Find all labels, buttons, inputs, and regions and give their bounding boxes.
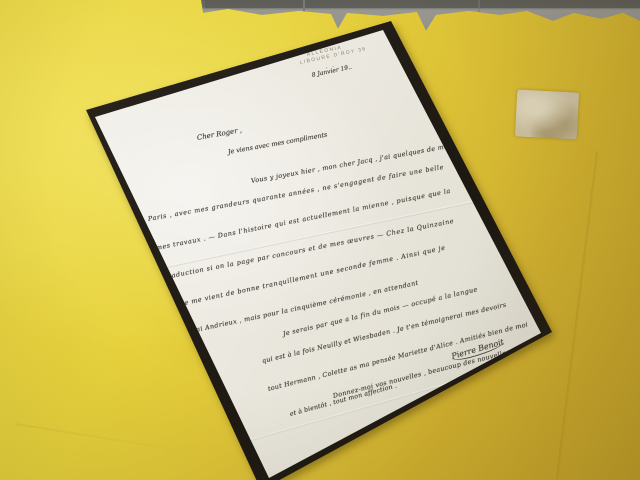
salutation-line: Cher Roger , (196, 126, 242, 142)
fold-crease (112, 194, 504, 279)
photo-scene: ALLEONIA LIBOURE D'ROY 36 * * 8 Janvier … (0, 0, 640, 480)
handwriting-line: Je viens avec mes compliments (227, 131, 328, 156)
handwriting-line: elle me vient de bonne tranquillement un… (174, 244, 446, 309)
handwriting-line: mes travaux . — Dans l'histoire qui est … (155, 187, 451, 252)
